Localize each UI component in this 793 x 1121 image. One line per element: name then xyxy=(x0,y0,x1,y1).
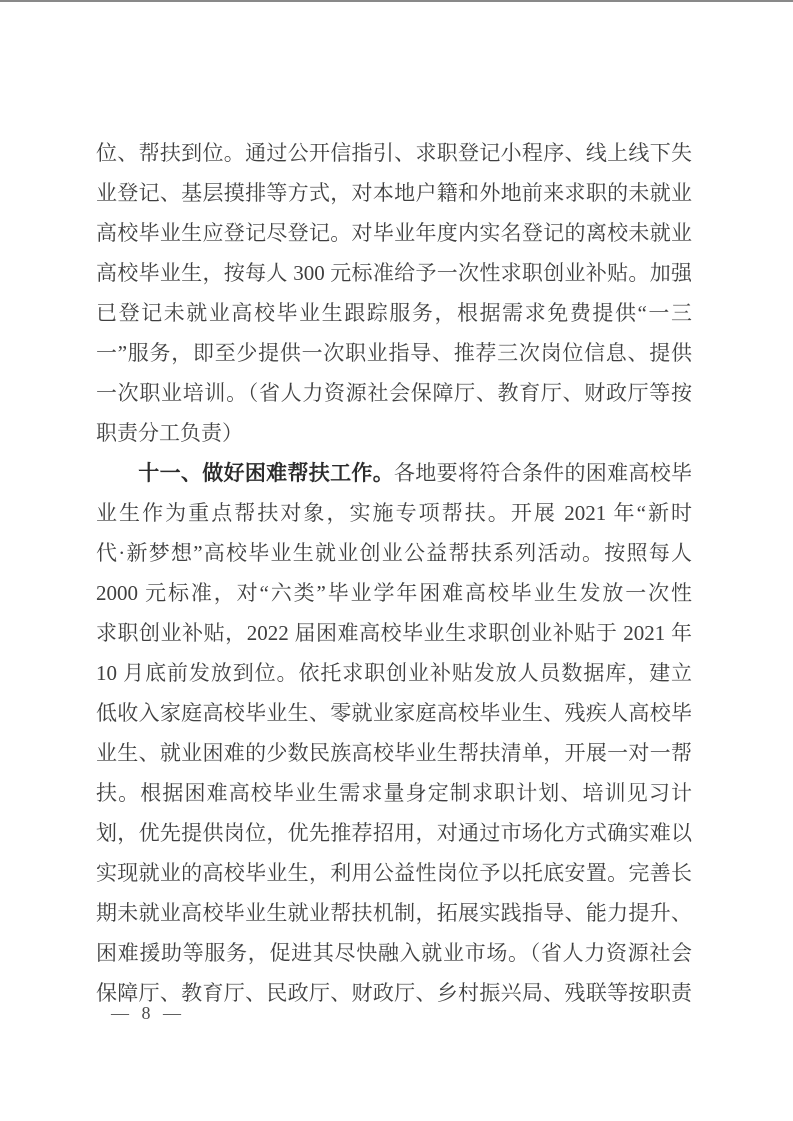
text-line: 低收入家庭高校毕业生、零就业家庭高校毕业生、残疾人高校毕 xyxy=(96,693,692,733)
text-line: 业登记、基层摸排等方式，对本地户籍和外地前来求职的未就业 xyxy=(96,173,692,213)
text-line: 划，优先提供岗位，优先推荐招用，对通过市场化方式确实难以 xyxy=(96,813,692,853)
text-line: 业生作为重点帮扶对象，实施专项帮扶。开展 2021 年“新时 xyxy=(96,493,692,533)
body-text: 一次职业培训。（省人力资源社会保障厅、教育厅、财政厅等按 xyxy=(96,381,692,405)
text-line: 一”服务，即至少提供一次职业指导、推荐三次岗位信息、提供 xyxy=(96,333,692,373)
body-text: 业生作为重点帮扶对象，实施专项帮扶。开展 2021 年“新时 xyxy=(96,501,692,525)
text-line: 高校毕业生，按每人 300 元标准给予一次性求职创业补贴。加强 xyxy=(96,253,692,293)
body-text: 已登记未就业高校毕业生跟踪服务，根据需求免费提供“一三 xyxy=(96,301,692,325)
body-text: 划，优先提供岗位，优先推荐招用，对通过市场化方式确实难以 xyxy=(96,821,692,845)
text-line: 业生、就业困难的少数民族高校毕业生帮扶清单，开展一对一帮 xyxy=(96,733,692,773)
section-heading-text: 十一、做好困难帮扶工作。 xyxy=(138,461,394,485)
text-line: 困难援助等服务，促进其尽快融入就业市场。（省人力资源社会 xyxy=(96,933,692,973)
text-line: 期未就业高校毕业生就业帮扶机制，拓展实践指导、能力提升、 xyxy=(96,893,692,933)
body-text: 位、帮扶到位。通过公开信指引、求职登记小程序、线上线下失 xyxy=(96,141,692,165)
body-text: 高校毕业生应登记尽登记。对毕业年度内实名登记的离校未就业 xyxy=(96,221,692,245)
body-text: 低收入家庭高校毕业生、零就业家庭高校毕业生、残疾人高校毕 xyxy=(96,701,692,725)
body-text: 期未就业高校毕业生就业帮扶机制，拓展实践指导、能力提升、 xyxy=(96,901,692,925)
body-text: 业登记、基层摸排等方式，对本地户籍和外地前来求职的未就业 xyxy=(96,181,692,205)
body-text: 保障厅、教育厅、民政厅、财政厅、乡村振兴局、残联等按职责 xyxy=(96,981,692,1005)
body-text: 10 月底前发放到位。依托求职创业补贴发放人员数据库，建立 xyxy=(96,661,692,685)
body-text: 一”服务，即至少提供一次职业指导、推荐三次岗位信息、提供 xyxy=(96,341,692,365)
document-page: 位、帮扶到位。通过公开信指引、求职登记小程序、线上线下失业登记、基层摸排等方式，… xyxy=(0,0,793,1121)
body-text: 实现就业的高校毕业生，利用公益性岗位予以托底安置。完善长 xyxy=(96,861,692,885)
text-line: 一次职业培训。（省人力资源社会保障厅、教育厅、财政厅等按 xyxy=(96,373,692,413)
text-line: 保障厅、教育厅、民政厅、财政厅、乡村振兴局、残联等按职责 xyxy=(96,973,692,1013)
text-line: 职责分工负责） xyxy=(96,413,692,453)
text-line: 代·新梦想”高校毕业生就业创业公益帮扶系列活动。按照每人 xyxy=(96,533,692,573)
text-block: 位、帮扶到位。通过公开信指引、求职登记小程序、线上线下失业登记、基层摸排等方式，… xyxy=(96,133,692,1013)
text-line: 扶。根据困难高校毕业生需求量身定制求职计划、培训见习计 xyxy=(96,773,692,813)
page-number: — 8 — xyxy=(111,1002,185,1024)
body-text: 困难援助等服务，促进其尽快融入就业市场。（省人力资源社会 xyxy=(96,941,692,965)
body-text: 求职创业补贴，2022 届困难高校毕业生求职创业补贴于 2021 年 xyxy=(96,621,692,645)
text-line: 已登记未就业高校毕业生跟踪服务，根据需求免费提供“一三 xyxy=(96,293,692,333)
text-line: 实现就业的高校毕业生，利用公益性岗位予以托底安置。完善长 xyxy=(96,853,692,893)
text-line: 十一、做好困难帮扶工作。各地要将符合条件的困难高校毕 xyxy=(96,453,692,493)
body-text: 各地要将符合条件的困难高校毕 xyxy=(394,461,692,485)
body-text: 代·新梦想”高校毕业生就业创业公益帮扶系列活动。按照每人 xyxy=(96,541,692,565)
body-text: 职责分工负责） xyxy=(96,421,243,445)
text-line: 求职创业补贴，2022 届困难高校毕业生求职创业补贴于 2021 年 xyxy=(96,613,692,653)
text-line: 高校毕业生应登记尽登记。对毕业年度内实名登记的离校未就业 xyxy=(96,213,692,253)
text-line: 2000 元标准，对“六类”毕业学年困难高校毕业生发放一次性 xyxy=(96,573,692,613)
text-line: 位、帮扶到位。通过公开信指引、求职登记小程序、线上线下失 xyxy=(96,133,692,173)
text-line: 10 月底前发放到位。依托求职创业补贴发放人员数据库，建立 xyxy=(96,653,692,693)
body-text: 扶。根据困难高校毕业生需求量身定制求职计划、培训见习计 xyxy=(96,781,692,805)
body-text: 业生、就业困难的少数民族高校毕业生帮扶清单，开展一对一帮 xyxy=(96,741,692,765)
paragraph-indent xyxy=(96,479,138,480)
body-text: 高校毕业生，按每人 300 元标准给予一次性求职创业补贴。加强 xyxy=(96,261,692,285)
body-text: 2000 元标准，对“六类”毕业学年困难高校毕业生发放一次性 xyxy=(96,581,692,605)
scan-edge-artifact xyxy=(0,0,793,2)
